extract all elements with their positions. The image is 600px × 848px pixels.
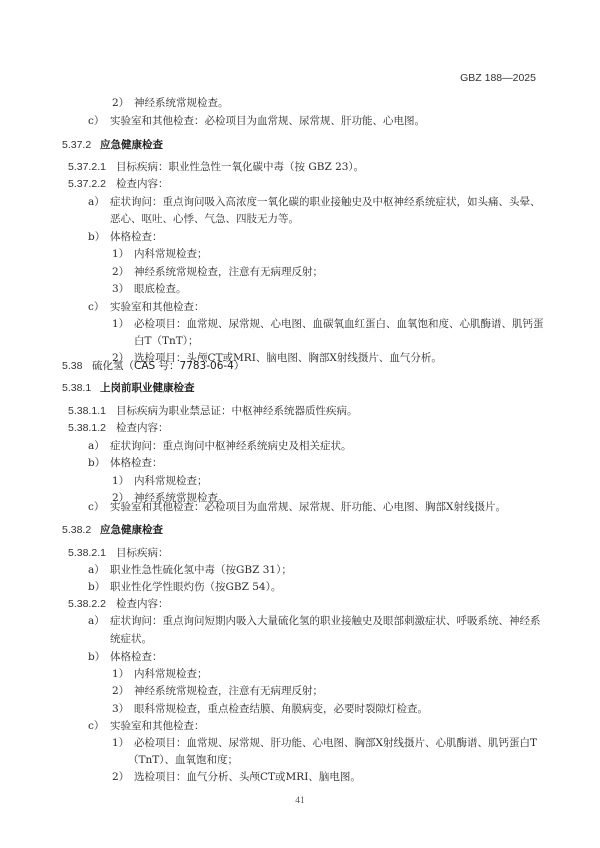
section-heading: 5.37.2应急健康检查 [62, 138, 163, 152]
clause: 5.37.2.1目标疾病：职业性急性一氧化碳中毒（按 GBZ 23）。 [68, 160, 364, 174]
section-heading: 5.38.1上岗前职业健康检查 [62, 381, 195, 395]
list-item: b）职业性化学性眼灼伤（按GBZ 54）。 [88, 580, 281, 594]
list-item: 1）必检项目：血常规、尿常规、肝功能、心电图、胸部X射线摄片、心肌酶谱、肌钙蛋白… [112, 736, 537, 750]
clause: 5.38.1.1目标疾病为职业禁忌证：中枢神经系统器质性疾病。 [68, 404, 358, 418]
list-item: c）实验室和其他检查：必检项目为血常规、尿常规、肝功能、心电图、胸部X射线摄片。 [88, 500, 506, 514]
clause: 5.37.2.2检查内容： [68, 177, 169, 191]
list-item: c）实验室和其他检查： [88, 300, 205, 314]
list-item-continuation: （TnT）、血氧饱和度； [128, 753, 238, 767]
list-item: a）症状询问：重点询问中枢神经系统病史及相关症状。 [88, 439, 352, 453]
list-item: 1）必检项目：血常规、尿常规、心电图、血碳氧血红蛋白、血氧饱和度、心肌酶谱、肌钙… [112, 317, 544, 331]
list-item: 3）眼科常规检查，重点检查结膜、角膜病变，必要时裂隙灯检查。 [112, 702, 428, 716]
list-item: 2）神经系统常规检查，注意有无病理反射； [112, 684, 323, 698]
list-item-continuation: 白T（TnT）； [134, 334, 199, 348]
clause: 5.38.2.2检查内容： [68, 597, 169, 611]
list-item: 3）眼底检查。 [112, 282, 187, 296]
list-item: 2）神经系统常规检查，注意有无病理反射； [112, 265, 323, 279]
list-item: b）体格检查： [88, 230, 163, 244]
section-heading: 5.38.2应急健康检查 [62, 523, 163, 537]
list-item: b）体格检查： [88, 456, 163, 470]
chapter-heading: 5.38硫化氢（CAS 号：7783-06-4） [62, 359, 244, 373]
list-item: 1）内科常规检查； [112, 247, 208, 261]
list-item: b）体格检查： [88, 650, 163, 664]
list-item: c）实验室和其他检查：必检项目为血常规、尿常规、肝功能、心电图。 [88, 114, 425, 128]
page-number: 41 [0, 796, 600, 806]
list-item: 1）内科常规检查； [112, 667, 208, 681]
list-item: 2）选检项目：血气分析、头颅CT或MRI、脑电图。 [112, 770, 361, 784]
list-item: c）实验室和其他检查： [88, 719, 205, 733]
list-item-continuation: 恶心、呕吐、心悸、气急、四肢无力等。 [110, 212, 299, 226]
list-item: a）职业性急性硫化氢中毒（按GBZ 31）； [88, 563, 292, 577]
clause: 5.38.1.2检查内容： [68, 421, 169, 435]
list-item: 1）内科常规检查； [112, 474, 208, 488]
document-page: GBZ 188—2025 2）神经系统常规检查。 c）实验室和其他检查：必检项目… [0, 0, 600, 848]
list-item: 2）神经系统常规检查。 [112, 96, 229, 110]
clause: 5.38.2.1目标疾病： [68, 546, 169, 560]
list-item: a）症状询问：重点询问短期内吸入大量硫化氢的职业接触史及眼部刺激症状、呼吸系统、… [88, 614, 541, 628]
list-item-continuation: 统症状。 [110, 632, 152, 646]
document-code: GBZ 188—2025 [460, 72, 536, 84]
list-item: a）症状询问：重点询问吸入高浓度一氧化碳的职业接触史及中枢神经系统症状，如头痛、… [88, 195, 541, 209]
